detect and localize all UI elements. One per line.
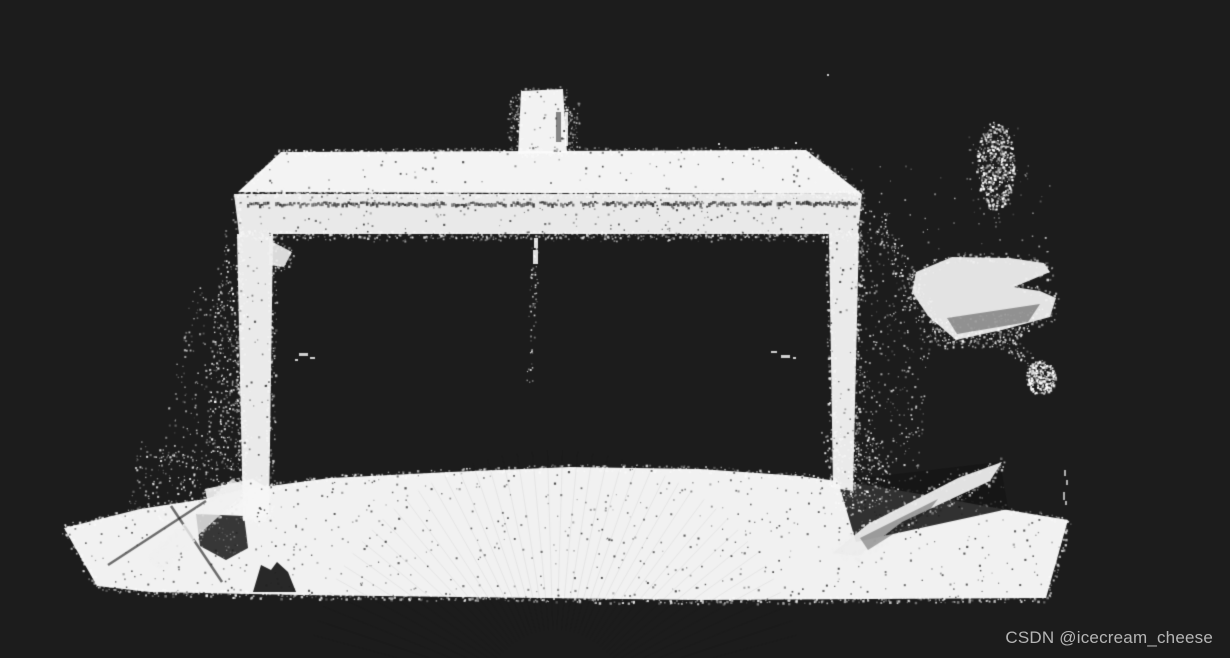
point-cloud-viewport: CSDN @icecream_cheese xyxy=(0,0,1230,658)
watermark-text: CSDN @icecream_cheese xyxy=(1005,628,1213,648)
point-cloud-canvas xyxy=(0,0,1230,658)
